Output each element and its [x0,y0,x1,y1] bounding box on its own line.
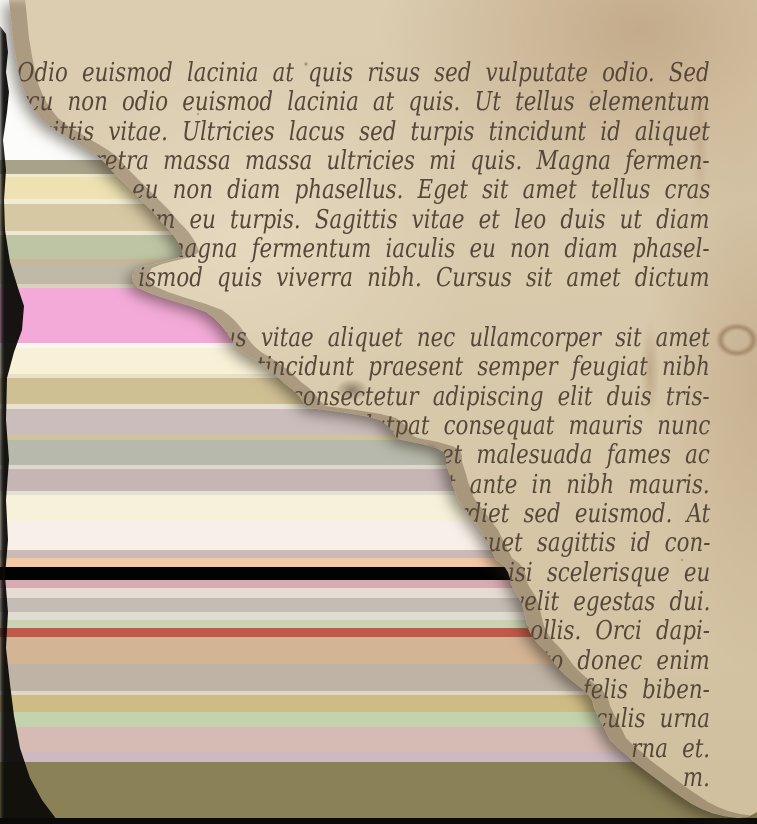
paper-text-line: tincidunt praesent semper feugiat nibh [257,352,710,382]
paper-text-line: Pharetra massa massa ultricies mi quis. … [54,146,710,176]
paper-text-line: m. [683,763,710,793]
paper-text-line: nollis. Orci dapi- [516,616,710,646]
paper-text-line: enim eu turpis. Sagittis vitae et leo du… [122,205,710,235]
paper-text-line: olutpat consequat mauris nunc [352,411,710,441]
paper-text-line: felis biben- [583,675,710,705]
paper-text-line: us vitae aliquet nec ullamcorper sit ame… [222,323,710,353]
torn-paper: Odio euismod lacinia at quis risus sed v… [0,0,757,824]
paper-text: Odio euismod lacinia at quis risus sed v… [0,0,757,824]
paper-text-line: agittis vitae. Ultricies lacus sed turpi… [26,117,710,147]
paper-text-line: Odio euismod lacinia at quis risus sed v… [17,58,710,88]
paper-text-line: iquet sagittis id con- [467,528,710,558]
paper-text-line: culis urna [595,704,710,734]
paper-text-line: Eget magna fermentum iaculis eu non diam… [100,234,710,264]
paper-text-line: et malesuada fames ac [441,440,710,470]
paper-text-line: nisi scelerisque eu [494,558,710,588]
paper-text-line: rdiet sed euismod. At [457,499,710,529]
screenshot-root: Odio euismod lacinia at quis risus sed v… [0,0,757,824]
paper-text-line: ismod quis viverra nibh. Cursus sit amet… [139,263,710,293]
paper-text-line: to donec enim [542,646,710,676]
paper-text-line: lis eu non diam phasellus. Eget sit amet… [93,175,710,205]
paper-text-line: t velit egestas dui. [489,587,710,617]
paper-text-line: consectetur adipiscing elit duis tris- [291,382,710,412]
paper-text-line: st ante in nibh mauris. [436,470,710,500]
torn-paper-shadow-wrap: Odio euismod lacinia at quis risus sed v… [0,0,757,824]
paper-text-line: arcu non odio euismod lacinia at quis. U… [5,87,710,117]
paper-text-line: rna et. [631,734,710,764]
